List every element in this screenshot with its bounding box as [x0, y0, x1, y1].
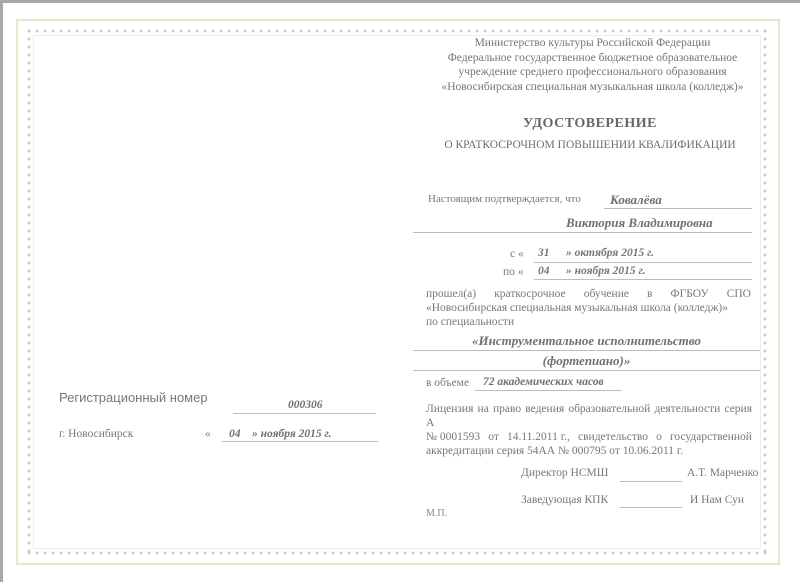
signature-director-line: [620, 481, 682, 482]
study-statement: прошел(а) краткосрочное обучение в ФГБОУ…: [426, 287, 751, 329]
registration-number: 000306: [288, 399, 323, 411]
license-word: государственной: [670, 430, 752, 444]
volume-label: в объеме: [426, 377, 469, 389]
issue-date-open-quote: «: [205, 428, 211, 440]
signature-head-title: Заведующая КПК: [521, 494, 608, 506]
license-word: от: [488, 430, 499, 444]
license-word: свидетельство: [578, 430, 648, 444]
license-word: № 0001593: [426, 430, 480, 444]
period-to-month: » ноября 2015 г.: [566, 265, 646, 277]
study-word: СПО: [727, 287, 751, 301]
document-title: УДОСТОВЕРЕНИЕ: [420, 116, 760, 132]
city-label: г. Новосибирск: [59, 428, 133, 440]
recipient-given-names: Виктория Владимировна: [566, 215, 713, 231]
signature-director-title: Директор НСМШ: [521, 467, 608, 479]
license-word: 14.11.2011 г.,: [507, 430, 570, 444]
study-word: прошел(а): [426, 287, 476, 301]
volume-value: 72 академических часов: [483, 376, 604, 388]
period-to-underline: [534, 279, 752, 280]
license-line-3: аккредитации серия 54АА № 000795 от 10.0…: [426, 444, 752, 458]
document-subtitle: О КРАТКОСРОЧНОМ ПОВЫШЕНИИ КВАЛИФИКАЦИИ: [420, 139, 760, 151]
license-word: о: [656, 430, 662, 444]
study-line-2: «Новосибирская специальная музыкальная ш…: [426, 301, 751, 315]
registration-underline: [233, 413, 376, 414]
period-from-prefix: с «: [510, 248, 524, 260]
study-word: обучение: [584, 287, 629, 301]
signature-head-name: И Нам Сун: [690, 494, 744, 506]
license-statement: Лицензия на право ведения образовательно…: [426, 402, 752, 458]
issuer-line: «Новосибирская специальная музыкальная ш…: [420, 80, 765, 95]
signature-head-line: [620, 507, 682, 508]
specialty-line-1: «Инструментальное исполнительство: [413, 333, 760, 349]
confirm-label: Настоящим подтверждается, что: [428, 193, 581, 205]
issue-date-month: » ноября 2015 г.: [252, 428, 332, 440]
issuer-line: учреждение среднего профессионального об…: [420, 65, 765, 80]
study-word: ФГБОУ: [671, 287, 709, 301]
license-line-1: Лицензия на право ведения образовательно…: [426, 402, 752, 430]
study-line-3: по специальности: [426, 315, 751, 329]
license-line-2: № 0001593 от 14.11.2011 г., свидетельств…: [426, 430, 752, 444]
period-to-prefix: по «: [503, 266, 524, 278]
volume-underline: [475, 390, 622, 391]
study-line-1: прошел(а) краткосрочное обучение в ФГБОУ…: [426, 287, 751, 301]
specialty-underline-2: [413, 370, 760, 371]
issue-date-underline: [222, 441, 378, 442]
scan-edge-left: [0, 0, 3, 582]
name-underline: [413, 232, 752, 233]
issue-date-day: 04: [229, 428, 241, 440]
specialty-underline-1: [413, 350, 760, 351]
period-from-month: » октября 2015 г.: [566, 247, 654, 259]
period-to-day: 04: [538, 265, 550, 277]
surname-underline: [604, 208, 752, 209]
signature-director-name: А.Т. Марченко: [687, 467, 758, 479]
stamp-label: М.П.: [426, 508, 447, 519]
period-from-day: 31: [538, 247, 550, 259]
recipient-surname: Ковалёва: [610, 192, 662, 208]
study-word: краткосрочное: [494, 287, 565, 301]
issuer-line: Федеральное государственное бюджетное об…: [420, 51, 765, 66]
specialty-line-2: (фортепиано)»: [413, 353, 760, 369]
period-from-underline: [534, 262, 752, 263]
registration-label: Регистрационный номер: [59, 390, 208, 405]
issuer-line: Министерство культуры Российской Федерац…: [420, 36, 765, 51]
scan-edge-top: [0, 0, 800, 3]
issuer-header: Министерство культуры Российской Федерац…: [420, 36, 765, 94]
study-word: в: [647, 287, 652, 301]
